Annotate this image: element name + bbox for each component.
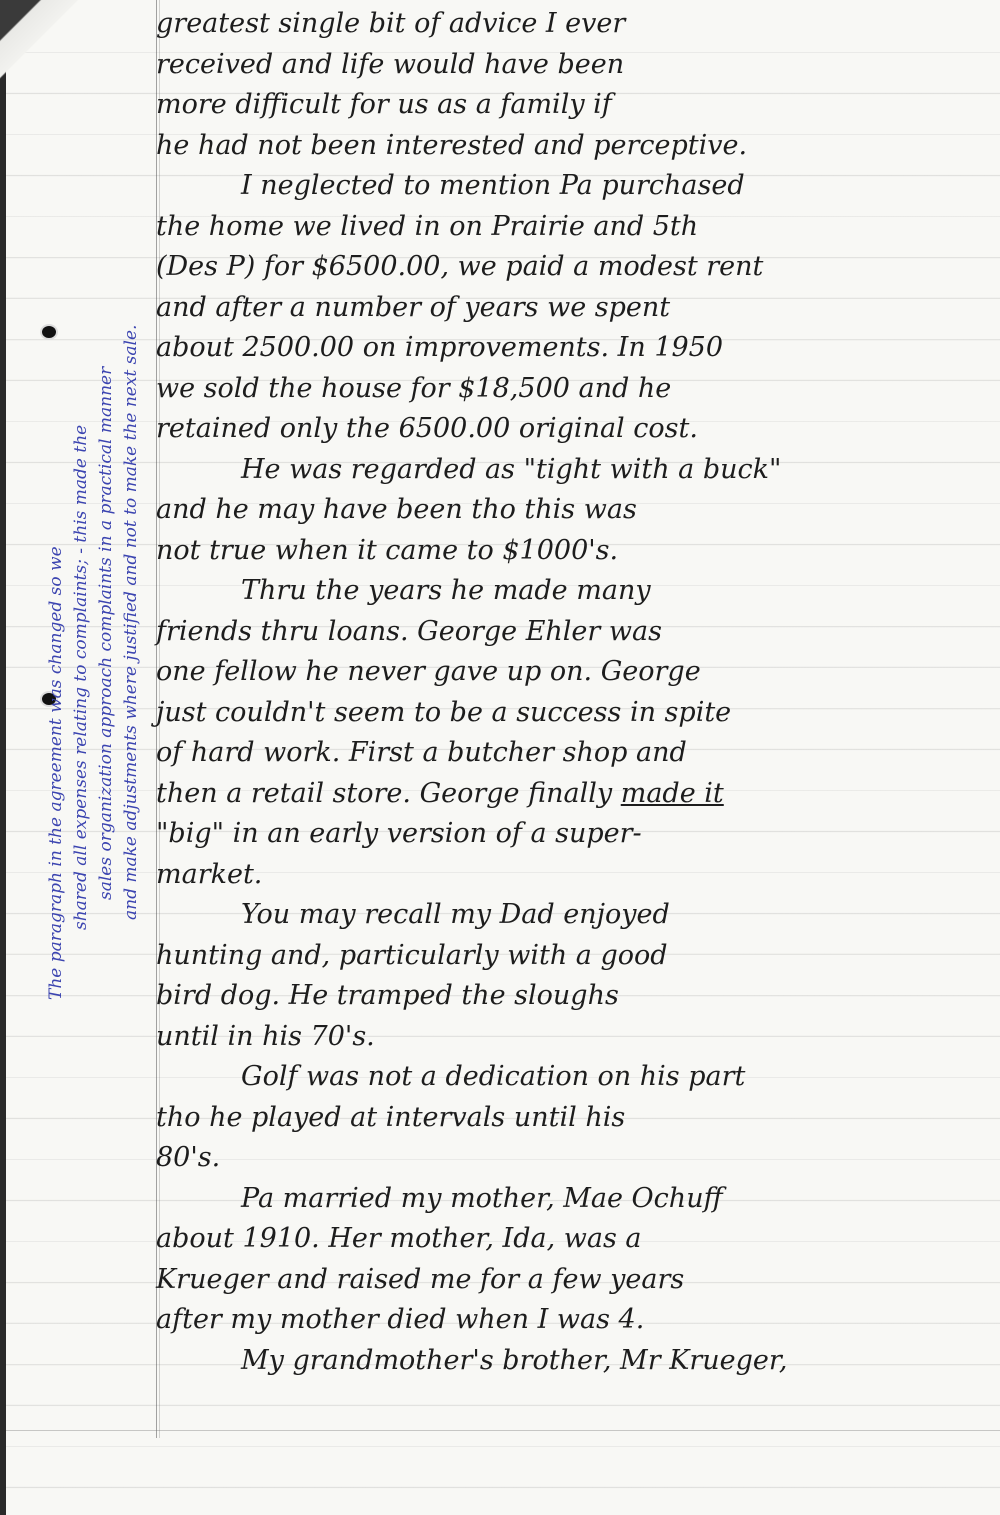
- margin-note-line: and make adjustments where justified and…: [119, 0, 144, 1000]
- handwritten-line: Krueger and raised me for a few years: [156, 1260, 1000, 1301]
- handwritten-line: one fellow he never gave up on. George: [156, 652, 1000, 693]
- handwritten-line: Thru the years he made many: [156, 571, 1000, 612]
- handwritten-line: He was regarded as "tight with a buck": [156, 450, 1000, 491]
- handwritten-line: received and life would have been: [156, 45, 1000, 86]
- handwritten-line: greatest single bit of advice I ever: [156, 4, 1000, 45]
- handwritten-line: friends thru loans. George Ehler was: [156, 612, 1000, 653]
- handwritten-line: My grandmother's brother, Mr Krueger,: [156, 1341, 1000, 1382]
- handwritten-line: retained only the 6500.00 original cost.: [156, 409, 1000, 450]
- folded-corner: [0, 0, 110, 110]
- handwritten-line: after my mother died when I was 4.: [156, 1300, 1000, 1341]
- letter-page: greatest single bit of advice I everrece…: [6, 0, 1000, 1515]
- handwritten-line: "big" in an early version of a super-: [156, 814, 1000, 855]
- handwritten-line: (Des P) for $6500.00, we paid a modest r…: [156, 247, 1000, 288]
- handwritten-line: we sold the house for $18,500 and he: [156, 369, 1000, 410]
- letter-body: greatest single bit of advice I everrece…: [156, 4, 1000, 1381]
- handwritten-line: market.: [156, 855, 1000, 896]
- handwritten-line: until in his 70's.: [156, 1017, 1000, 1058]
- handwritten-line: just couldn't seem to be a success in sp…: [156, 693, 1000, 734]
- handwritten-line: bird dog. He tramped the sloughs: [156, 976, 1000, 1017]
- handwritten-line: hunting and, particularly with a good: [156, 936, 1000, 977]
- margin-note-line: shared all expenses relating to complain…: [69, 0, 94, 1000]
- handwritten-line: he had not been interested and perceptiv…: [156, 126, 1000, 167]
- underlined-phrase: made it: [621, 778, 724, 809]
- margin-note-line: The paragraph in the agreement was chang…: [44, 0, 69, 1000]
- handwritten-line: of hard work. First a butcher shop and: [156, 733, 1000, 774]
- margin-annotation: The paragraph in the agreement was chang…: [44, 0, 144, 1000]
- handwritten-line: about 2500.00 on improvements. In 1950: [156, 328, 1000, 369]
- handwritten-line: and after a number of years we spent: [156, 288, 1000, 329]
- bottom-rule: [6, 1430, 1000, 1431]
- margin-note-line: sales organization approach complaints i…: [94, 0, 119, 1000]
- handwritten-line: Pa married my mother, Mae Ochuff: [156, 1179, 1000, 1220]
- handwritten-line: Golf was not a dedication on his part: [156, 1057, 1000, 1098]
- handwritten-line: and he may have been tho this was: [156, 490, 1000, 531]
- handwritten-line: 80's.: [156, 1138, 1000, 1179]
- handwritten-line: not true when it came to $1000's.: [156, 531, 1000, 572]
- handwritten-line: You may recall my Dad enjoyed: [156, 895, 1000, 936]
- handwritten-line: tho he played at intervals until his: [156, 1098, 1000, 1139]
- handwritten-line: the home we lived in on Prairie and 5th: [156, 207, 1000, 248]
- handwritten-line: about 1910. Her mother, Ida, was a: [156, 1219, 1000, 1260]
- handwritten-line: more difficult for us as a family if: [156, 85, 1000, 126]
- handwritten-line: then a retail store. George finally made…: [156, 774, 1000, 815]
- handwritten-line: I neglected to mention Pa purchased: [156, 166, 1000, 207]
